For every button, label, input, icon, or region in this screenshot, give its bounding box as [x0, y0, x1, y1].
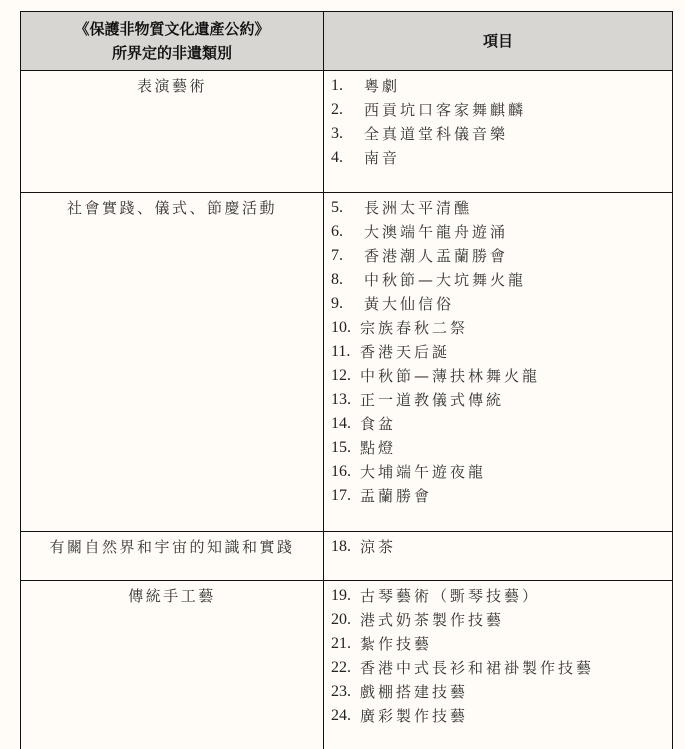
list-item: 3.全真道堂科儀音樂 — [331, 122, 672, 146]
item-number: 7. — [331, 244, 364, 268]
item-text: 宗族春秋二祭 — [360, 316, 468, 340]
category-cell: 表演藝術 — [21, 71, 324, 193]
header-category: 《保護非物質文化遺產公約》 所界定的非遺類別 — [21, 12, 324, 71]
item-number: 22. — [331, 656, 360, 680]
item-text: 大埔端午遊夜龍 — [360, 460, 486, 484]
items-cell: 5.長洲太平清醮 6.大澳端午龍舟遊涌 7.香港潮人盂蘭勝會 8.中秋節—大坑舞… — [324, 193, 673, 532]
item-text: 長洲太平清醮 — [364, 196, 472, 220]
table-header-row: 《保護非物質文化遺產公約》 所界定的非遺類別 項目 — [21, 12, 673, 71]
item-number: 11. — [331, 340, 360, 364]
list-item: 6.大澳端午龍舟遊涌 — [331, 220, 672, 244]
item-text: 港式奶茶製作技藝 — [360, 608, 504, 632]
item-text: 廣彩製作技藝 — [360, 704, 468, 728]
category-cell: 有關自然界和宇宙的知識和實踐 — [21, 532, 324, 581]
item-number: 3. — [331, 122, 364, 146]
list-item: 5.長洲太平清醮 — [331, 196, 672, 220]
item-number: 16. — [331, 460, 360, 484]
item-text: 中秋節—薄扶林舞火龍 — [360, 364, 540, 388]
list-item: 2.西貢坑口客家舞麒麟 — [331, 98, 672, 122]
item-number: 4. — [331, 146, 364, 170]
item-number: 10. — [331, 316, 360, 340]
item-number: 12. — [331, 364, 360, 388]
list-item: 17.盂蘭勝會 — [331, 484, 672, 508]
list-item: 22.香港中式長衫和裙褂製作技藝 — [331, 656, 672, 680]
item-number: 5. — [331, 196, 364, 220]
item-number: 17. — [331, 484, 360, 508]
list-item: 7.香港潮人盂蘭勝會 — [331, 244, 672, 268]
items-cell: 1.粵劇 2.西貢坑口客家舞麒麟 3.全真道堂科儀音樂 4.南音 — [324, 71, 673, 193]
item-text: 香港中式長衫和裙褂製作技藝 — [360, 656, 594, 680]
list-item: 4.南音 — [331, 146, 672, 170]
item-text: 粵劇 — [364, 74, 400, 98]
item-number: 9. — [331, 292, 364, 316]
list-item: 11.香港天后誕 — [331, 340, 672, 364]
list-item: 13.正一道教儀式傳統 — [331, 388, 672, 412]
item-text: 香港潮人盂蘭勝會 — [364, 244, 508, 268]
list-item: 19.古琴藝術（斲琴技藝） — [331, 584, 672, 608]
item-text: 南音 — [364, 146, 400, 170]
item-number: 24. — [331, 704, 360, 728]
header-category-line1: 《保護非物質文化遺產公約》 — [21, 17, 323, 41]
item-text: 古琴藝術（斲琴技藝） — [360, 584, 540, 608]
item-number: 6. — [331, 220, 364, 244]
items-cell: 18.涼茶 — [324, 532, 673, 581]
table-row: 社會實踐、儀式、節慶活動 5.長洲太平清醮 6.大澳端午龍舟遊涌 7.香港潮人盂… — [21, 193, 673, 532]
item-text: 盂蘭勝會 — [360, 484, 432, 508]
items-cell: 19.古琴藝術（斲琴技藝） 20.港式奶茶製作技藝 21.紮作技藝 22.香港中… — [324, 581, 673, 749]
item-number: 2. — [331, 98, 364, 122]
table-row: 表演藝術 1.粵劇 2.西貢坑口客家舞麒麟 3.全真道堂科儀音樂 4.南音 — [21, 71, 673, 193]
item-text: 點燈 — [360, 436, 396, 460]
item-number: 1. — [331, 74, 364, 98]
item-number: 15. — [331, 436, 360, 460]
item-text: 黃大仙信俗 — [364, 292, 454, 316]
list-item: 9.黃大仙信俗 — [331, 292, 672, 316]
item-text: 紮作技藝 — [360, 632, 432, 656]
item-number: 19. — [331, 584, 360, 608]
item-text: 正一道教儀式傳統 — [360, 388, 504, 412]
item-text: 戲棚搭建技藝 — [360, 680, 468, 704]
item-text: 香港天后誕 — [360, 340, 450, 364]
list-item: 18.涼茶 — [331, 535, 672, 559]
header-items: 項目 — [324, 12, 673, 71]
category-cell: 社會實踐、儀式、節慶活動 — [21, 193, 324, 532]
item-number: 23. — [331, 680, 360, 704]
list-item: 23.戲棚搭建技藝 — [331, 680, 672, 704]
category-cell: 傳統手工藝 — [21, 581, 324, 749]
list-item: 20.港式奶茶製作技藝 — [331, 608, 672, 632]
item-text: 中秋節—大坑舞火龍 — [364, 268, 526, 292]
list-item: 21.紮作技藝 — [331, 632, 672, 656]
item-number: 8. — [331, 268, 364, 292]
ich-category-table: 《保護非物質文化遺產公約》 所界定的非遺類別 項目 表演藝術 1.粵劇 2.西貢… — [20, 11, 673, 749]
table-row: 有關自然界和宇宙的知識和實踐 18.涼茶 — [21, 532, 673, 581]
list-item: 24.廣彩製作技藝 — [331, 704, 672, 728]
item-number: 13. — [331, 388, 360, 412]
list-item: 16.大埔端午遊夜龍 — [331, 460, 672, 484]
item-text: 全真道堂科儀音樂 — [364, 122, 508, 146]
item-number: 14. — [331, 412, 360, 436]
item-text: 食盆 — [360, 412, 396, 436]
item-text: 西貢坑口客家舞麒麟 — [364, 98, 526, 122]
item-number: 21. — [331, 632, 360, 656]
list-item: 12.中秋節—薄扶林舞火龍 — [331, 364, 672, 388]
item-text: 大澳端午龍舟遊涌 — [364, 220, 508, 244]
item-text: 涼茶 — [360, 535, 396, 559]
list-item: 15.點燈 — [331, 436, 672, 460]
item-number: 18. — [331, 535, 360, 559]
list-item: 10.宗族春秋二祭 — [331, 316, 672, 340]
list-item: 8.中秋節—大坑舞火龍 — [331, 268, 672, 292]
header-category-line2: 所界定的非遺類別 — [21, 41, 323, 65]
list-item: 14.食盆 — [331, 412, 672, 436]
table-row: 傳統手工藝 19.古琴藝術（斲琴技藝） 20.港式奶茶製作技藝 21.紮作技藝 … — [21, 581, 673, 749]
item-number: 20. — [331, 608, 360, 632]
list-item: 1.粵劇 — [331, 74, 672, 98]
